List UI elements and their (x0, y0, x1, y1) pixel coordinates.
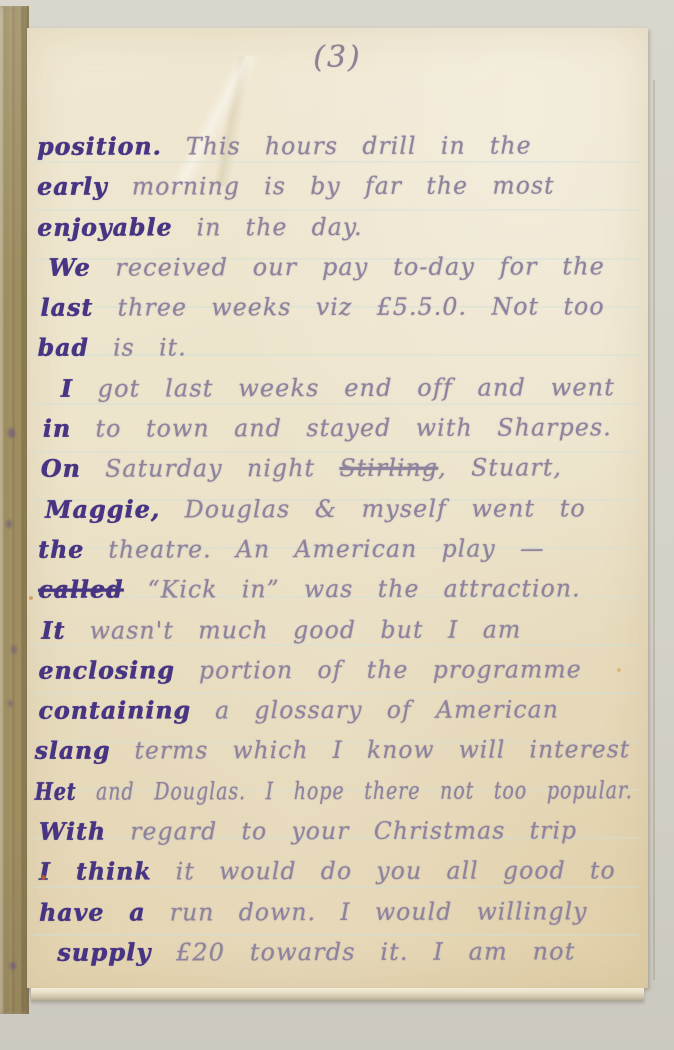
line-segment: last (40, 293, 93, 322)
letter-line: the theatre. An American play — (38, 533, 636, 575)
letter-line: slang terms which I know will interest (34, 735, 632, 777)
line-segment: Het (35, 776, 77, 805)
ink-smudge (8, 428, 15, 438)
line-segment: position. (37, 131, 162, 160)
line-segment: called (38, 575, 123, 604)
notebook-binding-edge (0, 6, 29, 1014)
line-segment: With (39, 817, 106, 846)
line-segment: regard to your Christmas trip (106, 816, 577, 845)
line-segment: is it. (89, 334, 187, 362)
letter-line: On Saturday night Stirling, Stuart, (41, 453, 639, 495)
letter-line: enjoyable in the day. (37, 211, 635, 253)
line-segment: got last weeks end off and went (73, 373, 615, 402)
line-segment: terms which I know will interest (110, 736, 630, 765)
paper-speck (617, 668, 621, 672)
letter-line: called “Kick in” was the attraction. (38, 573, 636, 615)
letter-line: supply £20 towards it. I am not (57, 936, 649, 978)
ink-smudge (8, 700, 13, 707)
line-segment: This hours drill in the (162, 131, 532, 160)
line-segment: I think (39, 857, 152, 886)
page-number: (3) (27, 40, 648, 75)
letter-line: containing a glossary of American (38, 694, 636, 736)
line-segment: “Kick in” was the attraction. (123, 575, 580, 604)
line-segment: slang (34, 736, 110, 765)
line-segment: in the day. (172, 213, 362, 241)
line-segment: received our pay to-day for the (91, 252, 605, 281)
letter-line: I got last weeks end off and went (61, 372, 648, 414)
ink-smudge (11, 645, 17, 654)
letter-line: I think it would do you all good to (39, 856, 637, 898)
letter-line: With regard to your Christmas trip (39, 815, 637, 857)
line-segment: We (48, 253, 90, 282)
line-segment: enclosing (38, 655, 175, 684)
line-segment: and Douglas. I hope there not too popula… (76, 776, 632, 805)
line-segment: £20 towards it. I am not (151, 937, 575, 966)
letter-line: in to town and stayed with Sharpes. (43, 412, 641, 454)
letter-line: bad is it. (37, 332, 635, 374)
letter-line: enclosing portion of the programme (38, 654, 636, 696)
line-segment: early (37, 172, 108, 201)
line-segment: to town and stayed with Sharpes. (71, 413, 612, 442)
ink-smudge (10, 962, 16, 970)
letter-line: Maggie, Douglas & myself went to (45, 493, 643, 535)
letter-line: Het and Douglas. I hope there not too po… (35, 775, 524, 817)
letter-line: last three weeks viz £5.5.0. Not too (40, 291, 638, 333)
line-segment: a glossary of American (191, 696, 559, 725)
line-segment: portion of the programme (175, 655, 582, 684)
paper-speck (29, 596, 33, 600)
underlying-sheet-edge (653, 80, 655, 980)
line-segment: it would do you all good to (152, 857, 616, 886)
line-segment: enjoyable (37, 212, 172, 241)
letter-page: (3) position. This hours drill in theear… (27, 28, 648, 988)
line-segment: , Stuart, (438, 454, 562, 482)
line-segment: Saturday night (81, 454, 340, 483)
letter-line: It wasn't much good but I am (41, 614, 639, 656)
line-segment: run down. I would willingly (145, 897, 587, 926)
paper-speck (41, 875, 46, 880)
letter-lines: position. This hours drill in theearly m… (26, 130, 649, 978)
line-segment: supply (57, 937, 151, 966)
line-segment: have a (39, 897, 146, 926)
letter-line: position. This hours drill in the (37, 130, 635, 172)
letter-line: We received our pay to-day for the (48, 251, 646, 293)
letter-line: early morning is by far the most (37, 171, 635, 213)
line-segment: I (61, 373, 73, 402)
line-segment: three weeks viz £5.5.0. Not too (93, 292, 605, 321)
line-segment: containing (38, 696, 191, 725)
line-segment: bad (37, 333, 88, 362)
letter-line: have a run down. I would willingly (39, 896, 637, 938)
line-segment: On (41, 454, 81, 483)
line-segment: Stirling (339, 454, 438, 482)
line-segment: in (43, 414, 72, 443)
line-segment: It (41, 615, 65, 644)
line-segment: Douglas & myself went to (160, 494, 586, 523)
line-segment: wasn't much good but I am (65, 615, 521, 644)
page-stack-edge (31, 988, 644, 1001)
line-segment: Maggie, (45, 494, 160, 523)
line-segment: theatre. An American play — (84, 534, 545, 563)
ink-smudge (6, 520, 12, 528)
line-segment: the (38, 535, 84, 564)
line-segment: morning is by far the most (108, 172, 555, 201)
